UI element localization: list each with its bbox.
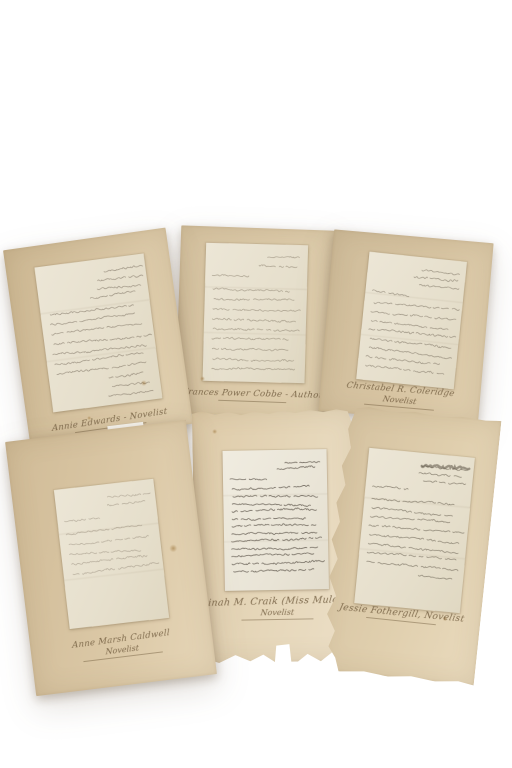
handwriting-scrawl <box>356 252 467 390</box>
letter-page <box>34 253 162 412</box>
handwriting-scrawl <box>354 448 474 613</box>
handwriting-scrawl <box>203 243 309 384</box>
caption-underline <box>241 618 313 620</box>
handwriting-scrawl <box>54 479 169 629</box>
mounted-letter-caldwell: Anne Marsh Caldwell Novelist <box>5 420 217 696</box>
foxing-spot <box>169 544 178 553</box>
caption: Anne Marsh Caldwell Novelist <box>30 623 213 668</box>
mounted-letter-edwards: Annie Edwards - Novelist <box>3 228 193 447</box>
letter-page <box>203 243 309 384</box>
caption: Frances Power Cobbe - Author <box>175 386 329 404</box>
foxing-spot <box>212 429 217 434</box>
letter-page <box>356 252 467 390</box>
caption-name: Frances Power Cobbe - Author <box>175 387 331 401</box>
caption-underline <box>218 400 286 403</box>
letter-page <box>354 448 474 613</box>
letter-page <box>54 479 169 629</box>
letter-page <box>223 449 329 591</box>
mounted-letter-cobbe: Frances Power Cobbe - Author <box>175 225 335 418</box>
handwriting-scrawl <box>34 253 162 412</box>
handwriting-scrawl <box>223 449 329 591</box>
photograph-of-letters: Annie Edwards - Novelist Frances Power C… <box>0 0 512 768</box>
mounted-letter-coleridge: Christabel R. Coleridge Novelist <box>318 229 493 424</box>
